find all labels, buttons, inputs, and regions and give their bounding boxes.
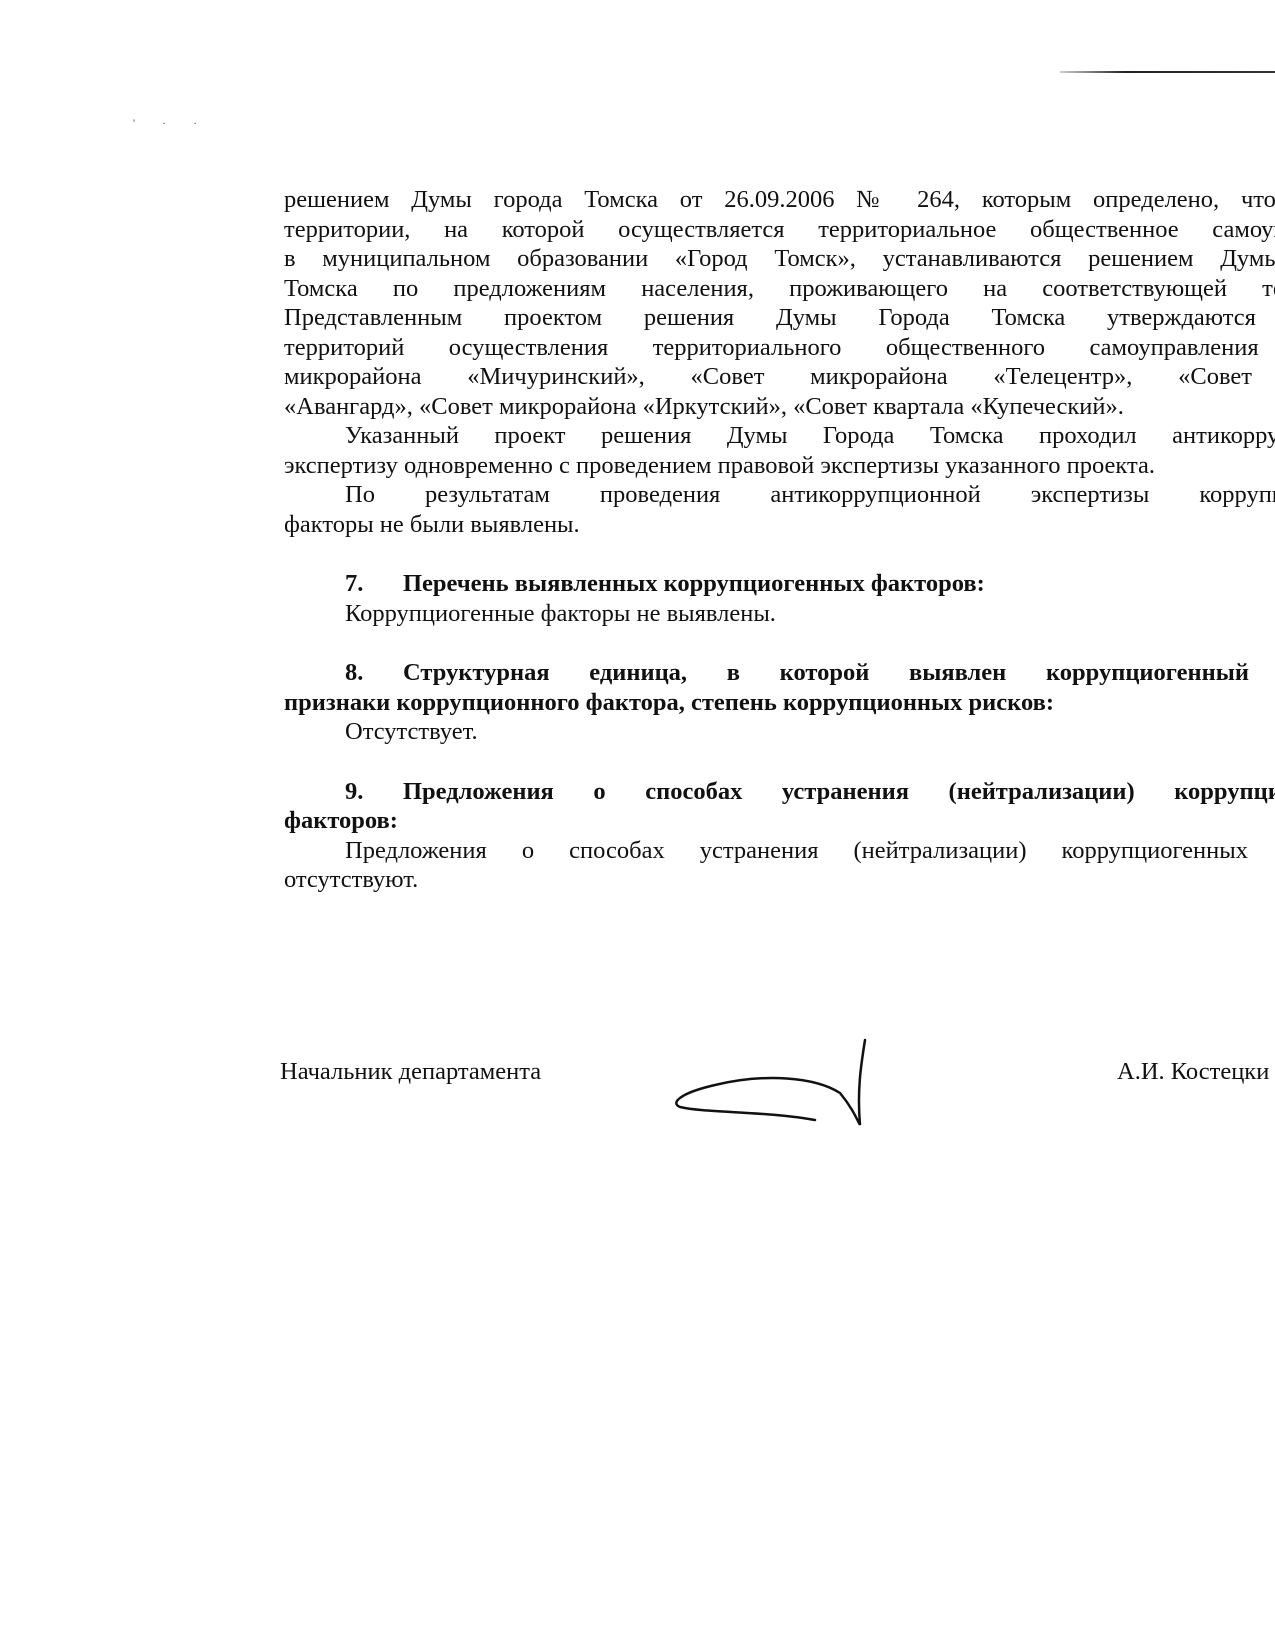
- intro-line: решением Думы города Томска от 26.09.200…: [284, 185, 1275, 215]
- section-7-heading: 7.Перечень выявленных коррупциогенных фа…: [284, 569, 1275, 599]
- section-9-heading: 9.Предложения о способах устранения (ней…: [284, 777, 1275, 807]
- intro-line: Томска по предложениям населения, прожив…: [284, 274, 1275, 304]
- intro-line: территорий осуществления территориальног…: [284, 333, 1275, 363]
- document-page: ' · · решением Думы города Томска от 26.…: [0, 0, 1275, 1650]
- expertise-line: Указанный проект решения Думы Города Том…: [284, 421, 1275, 451]
- section-8-body: Отсутствует.: [284, 717, 1275, 747]
- intro-line: в муниципальном образовании «Город Томск…: [284, 244, 1275, 274]
- section-8-heading: 8.Структурная единица, в которой выявлен…: [284, 658, 1275, 688]
- signatory-name: А.И. Костецки: [1117, 1058, 1269, 1086]
- section-8-heading-cont: признаки коррупционного фактора, степень…: [284, 688, 1275, 718]
- document-body: решением Думы города Томска от 26.09.200…: [284, 185, 1275, 895]
- section-7-body: Коррупциогенные факторы не выявлены.: [284, 599, 1275, 629]
- intro-line: территории, на которой осуществляется те…: [284, 215, 1275, 245]
- section-9-body: Предложения о способах устранения (нейтр…: [284, 836, 1275, 866]
- intro-line: Представленным проектом решения Думы Гор…: [284, 303, 1275, 333]
- intro-line: «Авангард», «Совет микрорайона «Иркутски…: [284, 392, 1275, 422]
- intro-line: микрорайона «Мичуринский», «Совет микрор…: [284, 362, 1275, 392]
- results-line: По результатам проведения антикоррупцион…: [284, 480, 1275, 510]
- expertise-line: экспертизу одновременно с проведением пр…: [284, 451, 1275, 481]
- section-9-heading-cont: факторов:: [284, 806, 1275, 836]
- signatory-position: Начальник департамента: [280, 1058, 541, 1086]
- top-rule-line: [1060, 71, 1275, 73]
- section-9-body-cont: отсутствуют.: [284, 865, 1275, 895]
- results-line: факторы не были выявлены.: [284, 510, 1275, 540]
- margin-marks: ' · ·: [133, 116, 209, 131]
- handwritten-signature-icon: [665, 1035, 905, 1135]
